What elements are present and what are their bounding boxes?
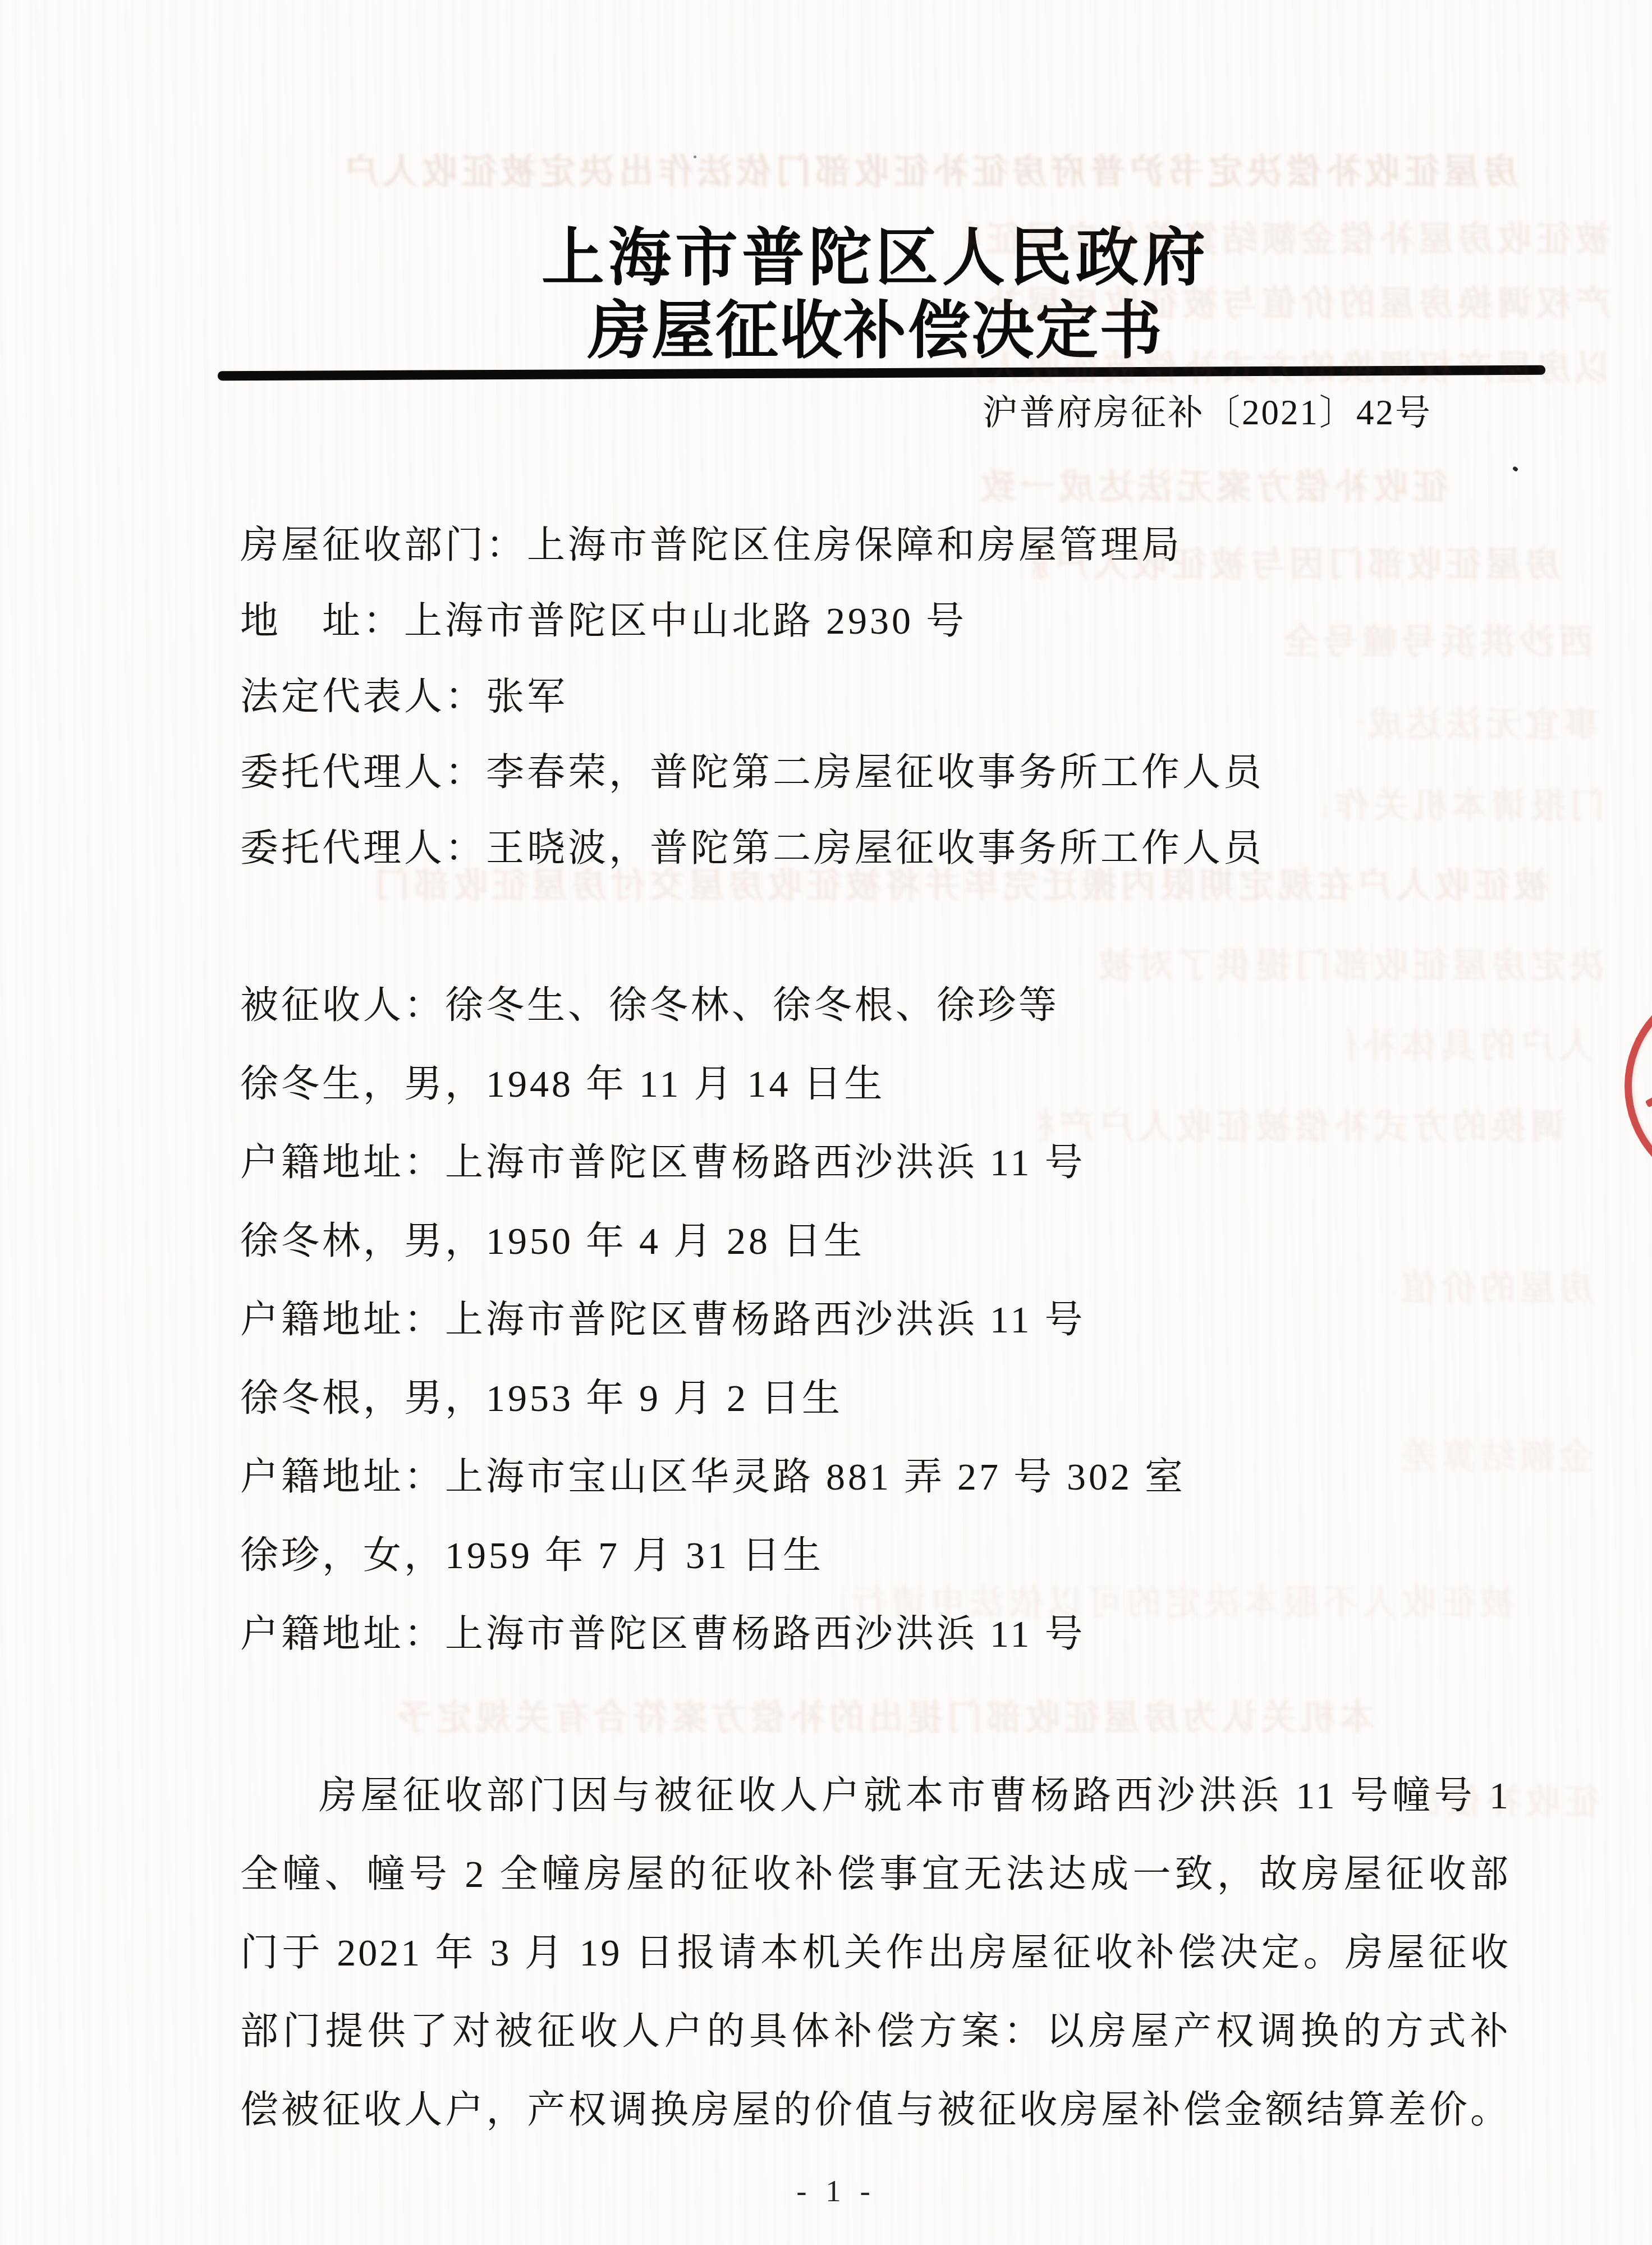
body-paragraph-line3: 门于 2021 年 3 月 19 日报请本机关作出房屋征收补偿决定。房屋征收 xyxy=(240,1931,1511,1974)
bleed-through-text: 征收补偿方案无法达成一致故房屋 xyxy=(976,465,1448,514)
header-line-agent-1: 委托代理人：李春荣，普陀第二房屋征收事务所工作人员 xyxy=(240,750,1511,794)
body-paragraph-line2: 全幢、幢号 2 全幢房屋的征收补偿事宜无法达成一致，故房屋征收部 xyxy=(240,1852,1511,1896)
party-line-persons: 被征收人：徐冬生、徐冬林、徐冬根、徐珍等 xyxy=(240,983,1511,1027)
scan-speck xyxy=(1512,466,1518,472)
document-number: 沪普府房征补〔2021〕42号 xyxy=(240,393,1432,432)
document-title-line1: 上海市普陀区人民政府 xyxy=(240,226,1511,292)
document-title-line2: 房屋征收补偿决定书 xyxy=(240,299,1511,365)
party-line-person2-address: 户籍地址：上海市普陀区曹杨路西沙洪浜 11 号 xyxy=(240,1298,1511,1341)
party-line-person1-address: 户籍地址：上海市普陀区曹杨路西沙洪浜 11 号 xyxy=(240,1140,1511,1184)
party-line-person1: 徐冬生，男，1948 年 11 月 14 日生 xyxy=(240,1062,1511,1106)
body-paragraph-line4: 部门提供了对被征收人户的具体补偿方案：以房屋产权调换的方式补 xyxy=(240,2009,1511,2053)
scanned-document-page: 上海市普陀区人民政府 房屋征收补偿决定书 沪普府房征补〔2021〕42号 房屋征… xyxy=(0,0,1652,2245)
scan-speck xyxy=(694,155,696,158)
party-line-person3: 徐冬根，男，1953 年 9 月 2 日生 xyxy=(240,1376,1511,1420)
party-line-person3-address: 户籍地址：上海市宝山区华灵路 881 弄 27 号 302 室 xyxy=(240,1455,1511,1499)
header-line-legal-rep: 法定代表人：张军 xyxy=(240,675,1511,718)
official-red-seal-partial xyxy=(1625,981,1652,1191)
page-number: - 1 - xyxy=(240,2173,1432,2209)
party-line-person4-address: 户籍地址：上海市普陀区曹杨路西沙洪浜 11 号 xyxy=(240,1612,1511,1656)
body-paragraph-line5: 偿被征收人户，产权调换房屋的价值与被征收房屋补偿金额结算差价。 xyxy=(240,2088,1511,2132)
bleed-through-text: 房屋征收补偿决定书沪普府房征补征收部门依法作出决定被征收人户 xyxy=(255,150,1518,198)
seal-inner-glyph-fragment xyxy=(1645,1089,1652,1107)
header-line-agent-2: 委托代理人：王晓波，普陀第二房屋征收事务所工作人员 xyxy=(240,826,1511,870)
party-line-person4: 徐珍，女，1959 年 7 月 31 日生 xyxy=(240,1533,1511,1577)
bleed-through-text: 被征收人户在规定期限内搬迁完毕并将被征收房屋交付房屋征收部门 xyxy=(247,864,1549,912)
party-line-person2: 徐冬林，男，1950 年 4 月 28 日生 xyxy=(240,1219,1511,1263)
bleed-through-text: 本机关认为房屋征收部门提出的补偿方案符合有关规定予以批准执行 xyxy=(393,1696,1375,1744)
header-line-department: 房屋征收部门：上海市普陀区住房保障和房屋管理局 xyxy=(240,523,1511,567)
title-divider-rule xyxy=(218,365,1545,381)
body-paragraph-line1: 房屋征收部门因与被征收人户就本市曹杨路西沙洪浜 11 号幢号 1 xyxy=(319,1774,1511,1817)
header-line-address: 地 址：上海市普陀区中山北路 2930 号 xyxy=(240,599,1511,643)
